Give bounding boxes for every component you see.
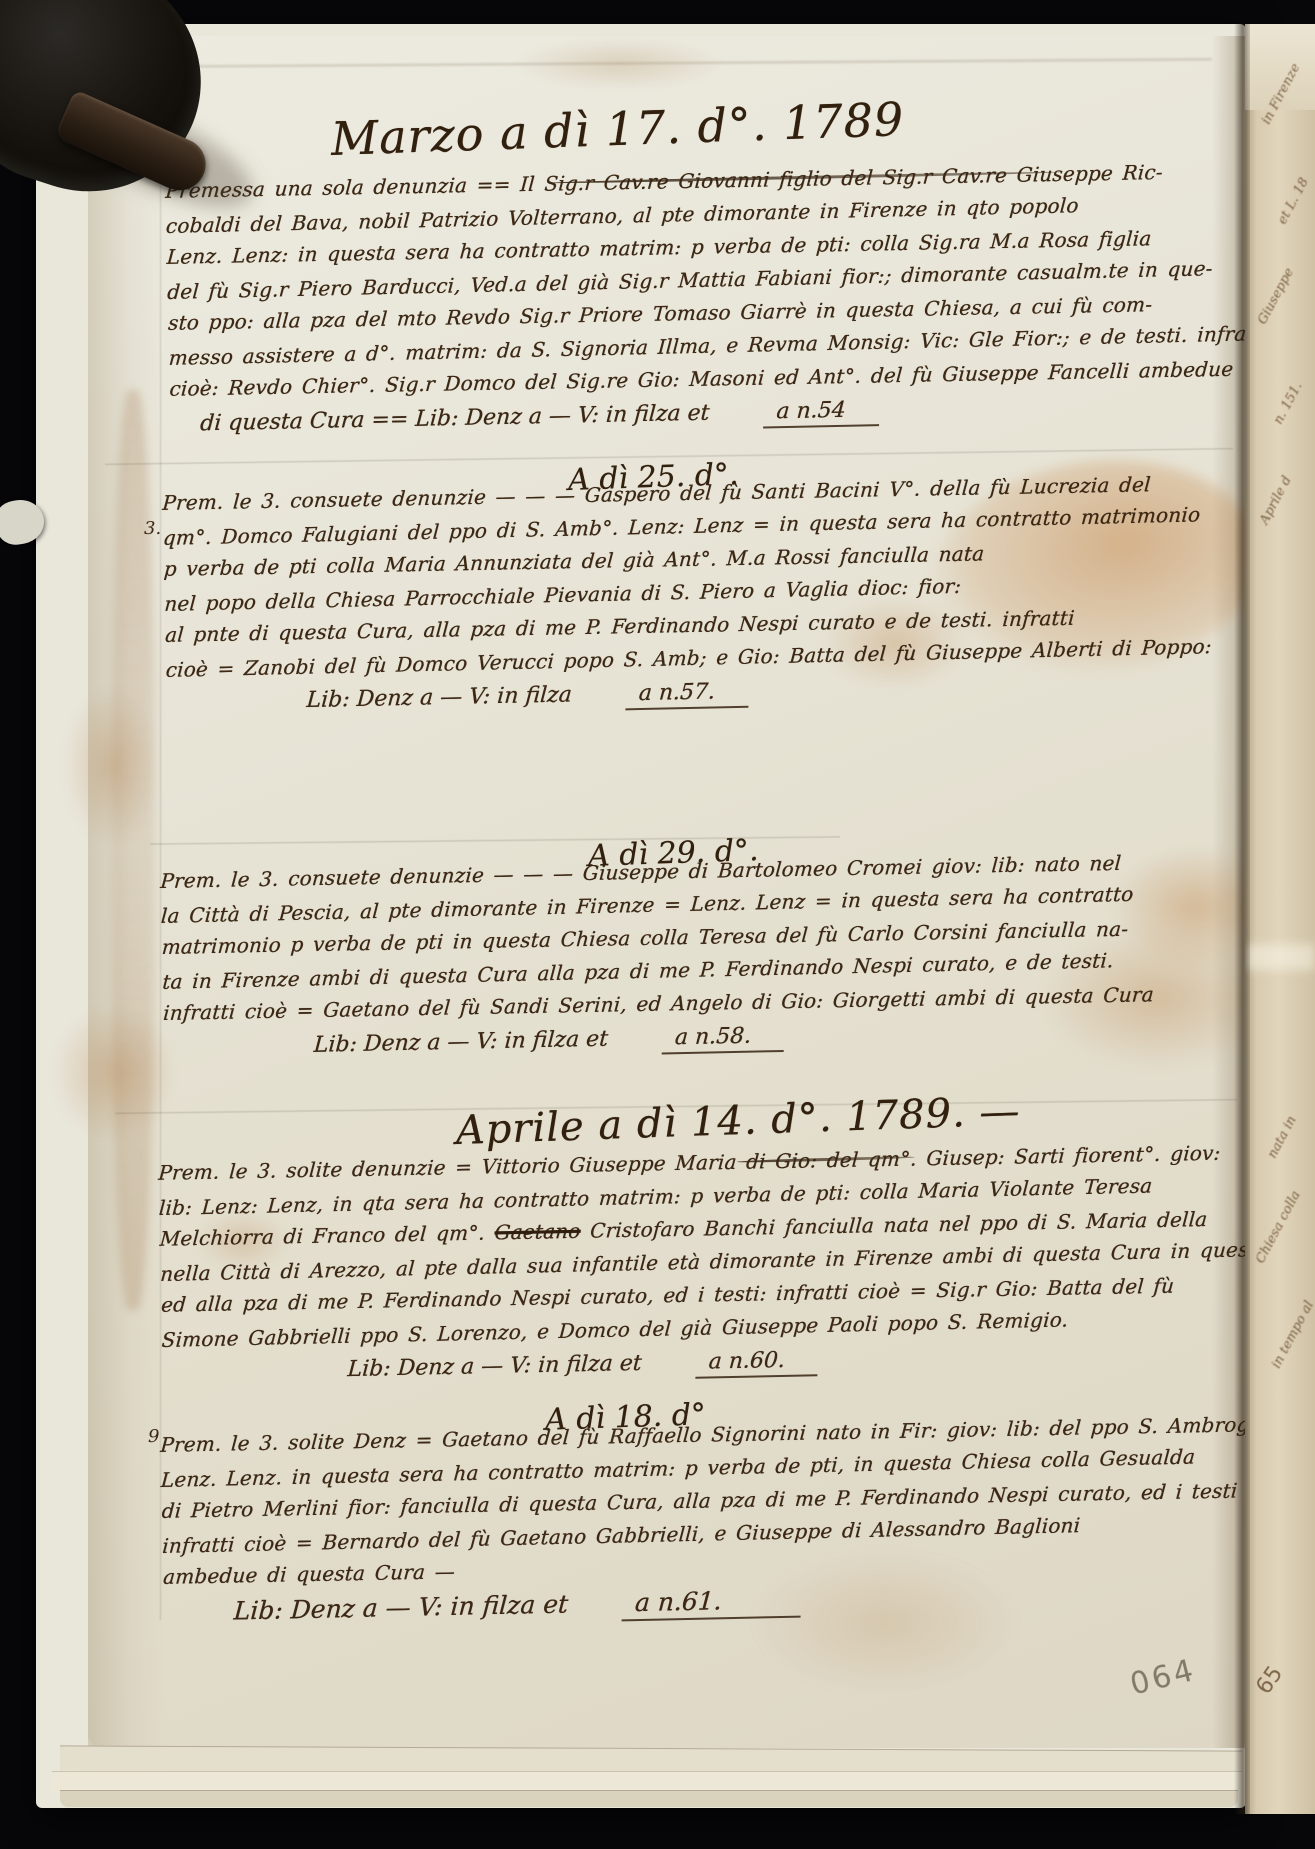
register-entry-1: Premessa una sola denunzia == Il Sig.r C… bbox=[165, 153, 1271, 443]
filza-number: a n.54 bbox=[763, 397, 880, 428]
struck-word: Gaetano bbox=[494, 1219, 582, 1245]
adjacent-page-text-fragment: Aprile d bbox=[1257, 474, 1295, 527]
adjacent-page-edge: in Firenzeet L. 18Giuseppen. 151.Aprile … bbox=[1245, 24, 1315, 1814]
page-stack-edge bbox=[52, 1771, 1242, 1792]
marginal-mark: 3. bbox=[144, 518, 161, 539]
filza-number: a n.58. bbox=[662, 1023, 786, 1055]
gutter-shading bbox=[88, 36, 166, 1748]
filza-number: a n.61. bbox=[622, 1585, 803, 1622]
entry-lines: Premessa una sola denunzia == Il Sig.r C… bbox=[165, 153, 1271, 407]
adjacent-page-text-fragment: in tempo al bbox=[1269, 1299, 1315, 1371]
filza-text: Lib: Denz a — V: in filza et bbox=[313, 1027, 609, 1058]
register-entry-4: Prem. le 3. solite denunzie = Vittorio G… bbox=[158, 1133, 1315, 1392]
page-stack-edge bbox=[60, 1790, 1238, 1807]
filza-text: Lib: Denz a — V: in filza et bbox=[347, 1351, 643, 1382]
adjacent-page-text-fragment: Chiesa colla bbox=[1253, 1188, 1304, 1266]
entry-lines: Prem. le 3. solite Denz = Gaetano del fù… bbox=[160, 1407, 1272, 1595]
register-entry-5: Prem. le 3. solite Denz = Gaetano del fù… bbox=[160, 1407, 1272, 1631]
fold-highlight bbox=[1245, 944, 1315, 970]
register-entry-2: Prem. le 3. consuete denunzie — — — Gasp… bbox=[162, 466, 1213, 722]
filza-text: Lib: Denz a — V: in filza bbox=[306, 682, 573, 713]
manuscript-photo: Marzo a dì 17. d°. 1789 Premessa una sol… bbox=[0, 0, 1315, 1849]
entry-lines: Prem. le 3. consuete denunzie — — — Gius… bbox=[160, 845, 1154, 1031]
filza-number: a n.60. bbox=[696, 1347, 820, 1379]
adjacent-page-text-fragment: nata in bbox=[1265, 1114, 1300, 1161]
adjacent-page-text-fragment: Giuseppe bbox=[1255, 266, 1297, 327]
filza-number: a n.57. bbox=[626, 679, 750, 711]
marginal-mark: 9 bbox=[148, 1426, 159, 1447]
entry-lines: Prem. le 3. solite denunzie = Vittorio G… bbox=[158, 1133, 1315, 1356]
filza-text: di questa Cura == Lib: Denz a — V: in fi… bbox=[199, 401, 710, 437]
adjacent-page-text-fragment: et L. 18 bbox=[1275, 175, 1312, 227]
entry-lines: Prem. le 3. consuete denunzie — — — Gasp… bbox=[162, 466, 1212, 686]
adjacent-page-text-fragment: n. 151. bbox=[1271, 380, 1306, 427]
filza-text: Lib: Denz a — V: in filza et bbox=[233, 1589, 569, 1625]
register-entry-3: Prem. le 3. consuete denunzie — — — Gius… bbox=[160, 845, 1155, 1067]
page-fold-shadow bbox=[1234, 24, 1250, 1814]
line-segment: Melchiorra di Franco del qm°. bbox=[159, 1220, 495, 1250]
